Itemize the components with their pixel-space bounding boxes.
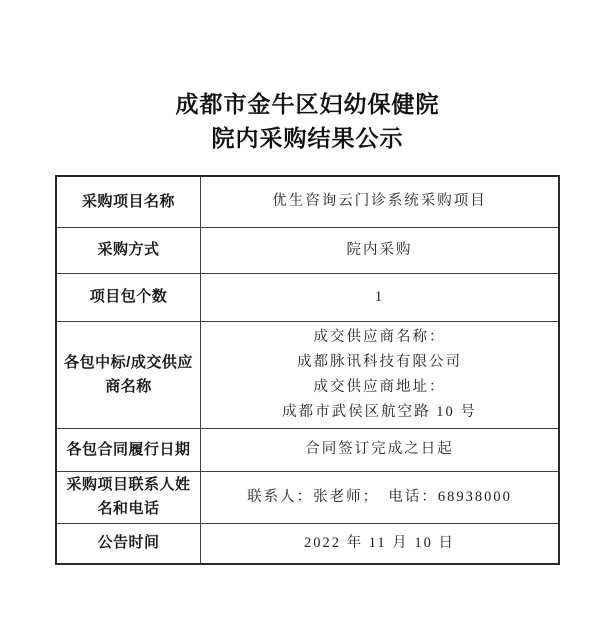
- procurement-table: 采购项目名称 优生咨询云门诊系统采购项目 采购方式 院内采购 项目包个数 1 各…: [55, 175, 560, 565]
- row-label: 各包合同履行日期: [56, 428, 201, 471]
- row-value: 成交供应商名称： 成都脉讯科技有限公司 成交供应商地址： 成都市武侯区航空路 1…: [201, 321, 560, 428]
- document-page: 成都市金牛区妇幼保健院 院内采购结果公示 采购项目名称 优生咨询云门诊系统采购项…: [0, 0, 595, 638]
- row-label: 采购项目联系人姓 名和电话: [56, 471, 201, 523]
- row-value: 联系人：张老师； 电话：68938000: [201, 471, 560, 523]
- page-title-line2: 院内采购结果公示: [55, 122, 560, 156]
- table-row-supplier: 各包中标/成交供应 商名称 成交供应商名称： 成都脉讯科技有限公司 成交供应商地…: [56, 321, 559, 428]
- table-row-project-name: 采购项目名称 优生咨询云门诊系统采购项目: [56, 176, 559, 227]
- row-label: 各包中标/成交供应 商名称: [56, 321, 201, 428]
- row-value: 优生咨询云门诊系统采购项目: [201, 176, 560, 227]
- row-value: 院内采购: [201, 227, 560, 273]
- row-label: 采购项目名称: [56, 176, 201, 227]
- table-row-procurement-method: 采购方式 院内采购: [56, 227, 559, 273]
- page-title-line1: 成都市金牛区妇幼保健院: [55, 88, 560, 122]
- row-label: 采购方式: [56, 227, 201, 273]
- table-row-contact: 采购项目联系人姓 名和电话 联系人：张老师； 电话：68938000: [56, 471, 559, 523]
- table-row-announcement-date: 公告时间 2022 年 11 月 10 日: [56, 523, 559, 564]
- row-label: 公告时间: [56, 523, 201, 564]
- row-value: 2022 年 11 月 10 日: [201, 523, 560, 564]
- row-value: 合同签订完成之日起: [201, 428, 560, 471]
- table-row-package-count: 项目包个数 1: [56, 273, 559, 321]
- row-value: 1: [201, 273, 560, 321]
- row-label: 项目包个数: [56, 273, 201, 321]
- table-row-contract-period: 各包合同履行日期 合同签订完成之日起: [56, 428, 559, 471]
- page-title: 成都市金牛区妇幼保健院 院内采购结果公示: [55, 88, 560, 156]
